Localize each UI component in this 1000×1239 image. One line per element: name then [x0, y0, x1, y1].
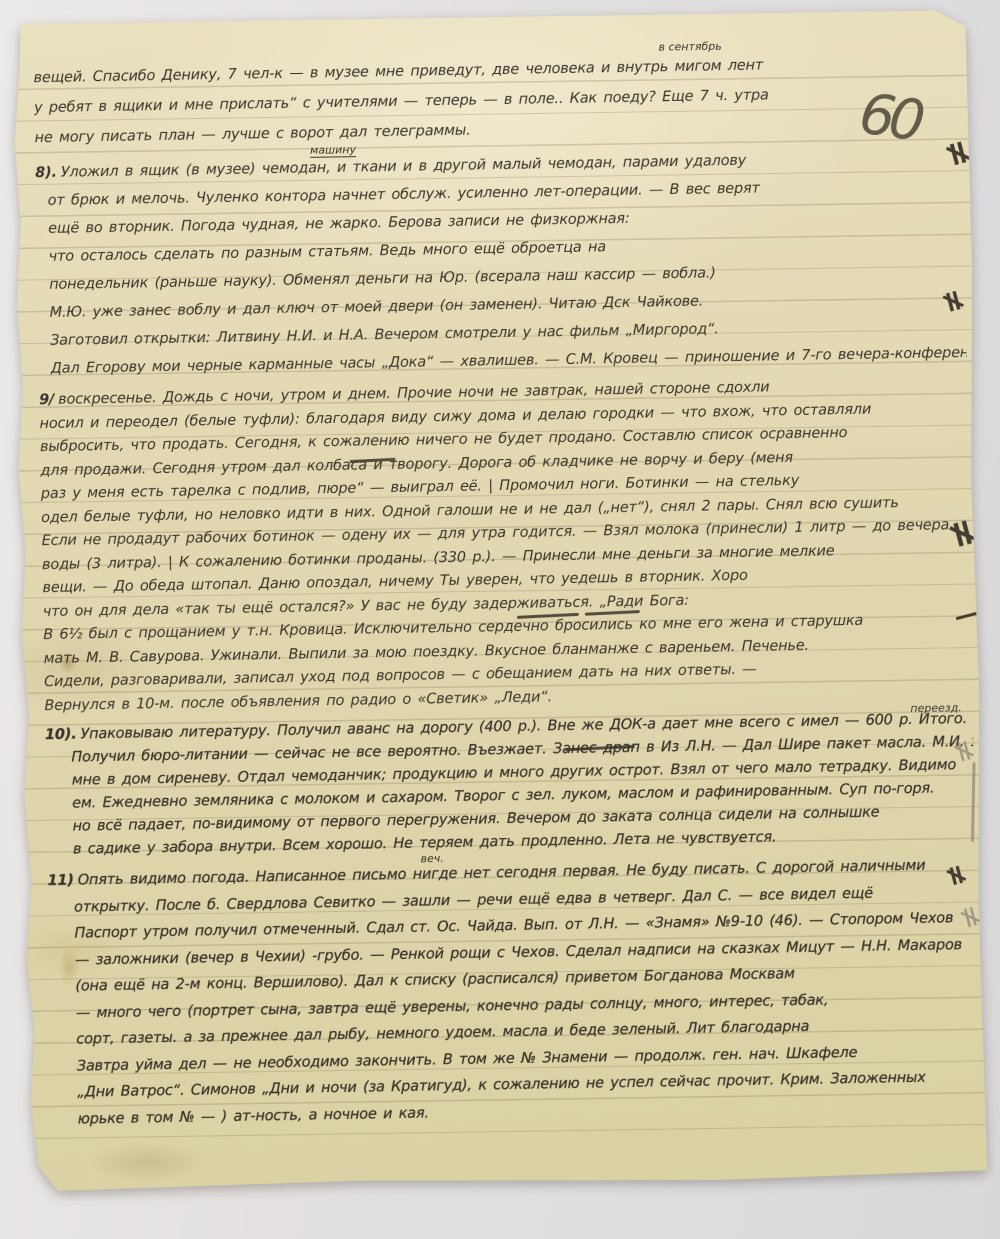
- margin-mark: ≠: [940, 136, 976, 171]
- scanned-background: 60 вещей. Спасибо Денику, 7 чел-к — в му…: [0, 0, 1000, 1239]
- interlinear-insertion: машину: [310, 143, 356, 158]
- annotation-overlays: в сентябрьмашинупереезд.веч.≠≠≠|≠≠≠: [10, 10, 972, 24]
- interlinear-insertion: веч.: [420, 852, 443, 865]
- diary-entry: вещей. Спасибо Денику, 7 чел-к — в музее…: [33, 47, 962, 153]
- diary-entry: 11)Опять видимо погода. Написанное письм…: [47, 852, 979, 1133]
- diary-entry: 9/воскресенье. Дождь с ночи, утром и дне…: [39, 373, 973, 718]
- diary-page-paper: 60 вещей. Спасибо Денику, 7 чел-к — в му…: [10, 10, 989, 1196]
- manuscript-text: вещей. Спасибо Денику, 7 чел-к — в музее…: [33, 47, 980, 1133]
- diary-page: 60 вещей. Спасибо Денику, 7 чел-к — в му…: [10, 10, 989, 1196]
- interlinear-insertion: переезд.: [910, 701, 962, 715]
- margin-mark: ≠: [945, 514, 982, 552]
- diary-entry: 10).Упаковываю литературу. Получил аванс…: [45, 708, 975, 862]
- entry-number: 9/: [39, 392, 54, 408]
- interlinear-insertion: в сентябрь: [658, 40, 721, 54]
- entry-number: 8).: [35, 165, 57, 181]
- entry-number: 10).: [45, 726, 77, 743]
- diary-entry: 8).Уложил в ящик (в музее) чемодан, и тк…: [35, 143, 967, 383]
- entry-number: 11): [47, 873, 73, 889]
- paper-stain: [87, 1141, 208, 1183]
